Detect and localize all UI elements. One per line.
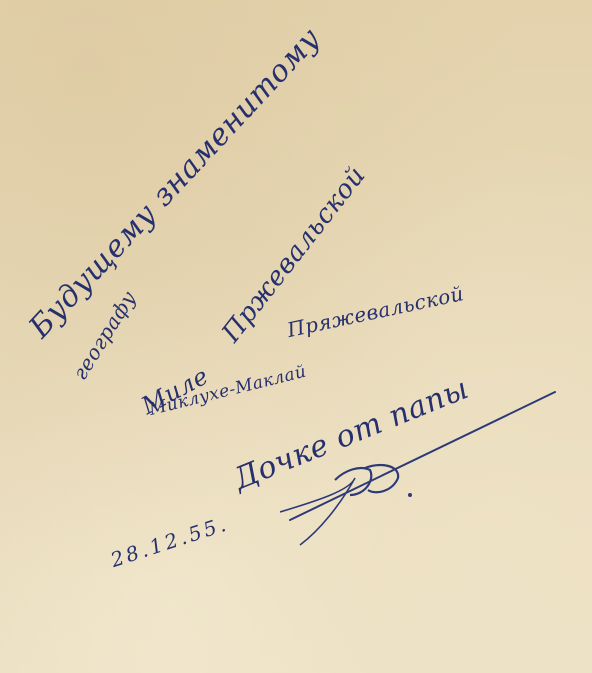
signature-initials-stroke: [335, 465, 398, 495]
signature-flourish: [280, 370, 580, 600]
signature-loop: [280, 478, 355, 545]
inscription-line-future-famous: Будущему знаменитому: [22, 21, 327, 345]
inscription-date: 28.12.55.: [108, 511, 232, 572]
aged-paper-page: Будущему знаменитому географу Миле Пржев…: [0, 0, 592, 673]
signature-dot: [408, 493, 412, 497]
inscription-line-surname-2: Пряжевальской: [285, 281, 466, 342]
underline-stroke: [290, 392, 555, 520]
